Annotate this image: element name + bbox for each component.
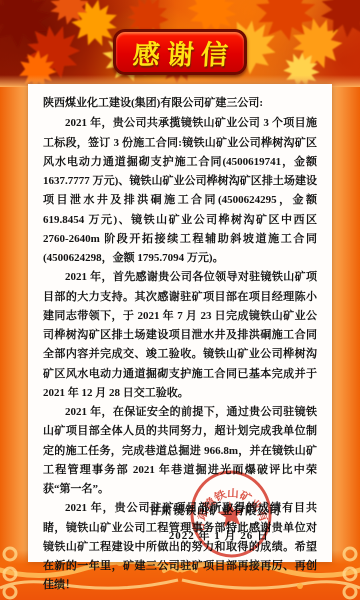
letter-paragraph: 2021 年，首先感谢贵公司各位领导对驻镜铁山矿项目部的大力支持。其次感谢驻矿项… — [43, 268, 317, 403]
signature-company: 甘肃镜铁山矿业有限公司 — [149, 502, 281, 521]
letter-salutation: 陕西煤业化工建设(集团)有限公司矿建三公司: — [43, 94, 317, 113]
signature-block: 甘肃镜铁山矿业有限公司 2022 年 1 月 26 日 — [149, 502, 317, 547]
letter-title: 感谢信 — [124, 33, 236, 72]
thank-you-letter-page: 感谢信 陕西煤业化工建设(集团)有限公司矿建三公司: 2021 年，贵公司共承揽… — [0, 0, 360, 600]
signature-date: 2022 年 1 月 26 日 — [149, 527, 269, 546]
letter-title-banner: 感谢信 — [113, 29, 247, 75]
letter-paper: 陕西煤业化工建设(集团)有限公司矿建三公司: 2021 年，贵公司共承揽镜铁山矿… — [28, 84, 332, 562]
letter-paragraph: 2021 年，贵公司共承揽镜铁山矿业公司 3 个项目施工标段，签订 3 份施工合… — [43, 114, 317, 268]
letter-paragraph: 2021 年，在保证安全的前提下，通过贵公司驻镜铁山矿项目部全体人员的共同努力，… — [43, 403, 317, 499]
